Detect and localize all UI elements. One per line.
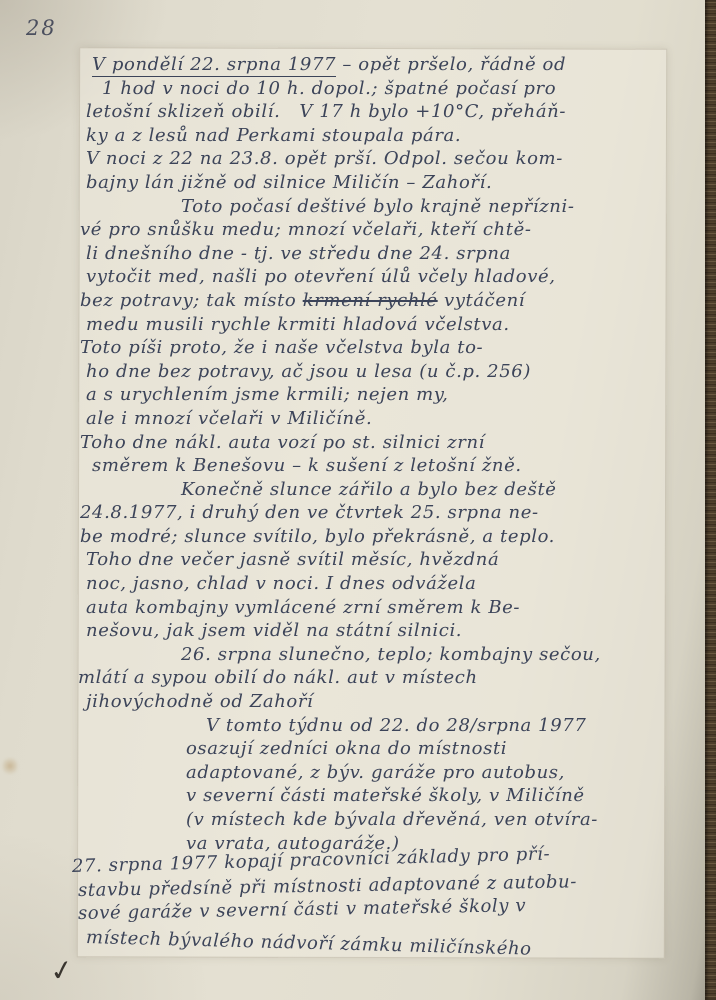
text-line: mlátí a sypou obilí do nákl. aut v míste… <box>78 666 672 690</box>
text-line: V noci z 22 na 23.8. opět prší. Odpol. s… <box>86 147 672 171</box>
handwritten-text: vytočit med, našli po otevření úlů včely… <box>86 266 556 287</box>
text-line: jihovýchodně od Zahoří <box>86 690 672 714</box>
text-line: 1 hod v noci do 10 h. dopol.; špatné poč… <box>102 77 672 101</box>
handwritten-text: mlátí a sypou obilí do nákl. aut v míste… <box>78 667 478 688</box>
text-line: letošní sklizeň obilí. V 17 h bylo +10°C… <box>86 100 672 124</box>
text-line: Toto počasí deštivé bylo krajně nepřízni… <box>181 195 672 219</box>
text-line: bajny lán jižně od silnice Miličín – Zah… <box>86 171 672 195</box>
handwritten-text: V pondělí 22. srpna 1977 <box>92 54 336 77</box>
handwritten-text: vé pro snůšku medu; mnozí včelaři, kteří… <box>80 219 532 240</box>
handwritten-text: nešovu, jak jsem viděl na státní silnici… <box>86 620 462 641</box>
text-line: vytočit med, našli po otevření úlů včely… <box>86 265 672 289</box>
text-line: adaptované, z býv. garáže pro autobus, <box>186 761 672 785</box>
handwritten-text: (v místech kde bývala dřevěná, ven otvír… <box>186 809 598 830</box>
handwritten-text: krmení rychlé <box>303 290 438 311</box>
text-line: Toho dne nákl. auta vozí po st. silnici … <box>80 431 672 455</box>
handwritten-text: vytáčení <box>438 290 526 311</box>
text-line: ky a z lesů nad Perkami stoupala pára. <box>86 124 672 148</box>
chronicle-page: 28 V pondělí 22. srpna 1977 – opět pršel… <box>0 0 708 1000</box>
handwritten-text: V noci z 22 na 23.8. opět prší. Odpol. s… <box>86 148 563 169</box>
handwritten-text: ky a z lesů nad Perkami stoupala pára. <box>86 125 461 146</box>
handwritten-text: li dnešního dne - tj. ve středu dne 24. … <box>86 243 511 264</box>
handwritten-text: 24.8.1977, i druhý den ve čtvrtek 25. sr… <box>80 502 539 523</box>
handwritten-text: v severní části mateřské školy, v Miličí… <box>186 785 585 806</box>
handwritten-text: bajny lán jižně od silnice Miličín – Zah… <box>86 172 492 193</box>
page-number: 28 <box>26 16 57 40</box>
text-line: ho dne bez potravy, ač jsou u lesa (u č.… <box>86 360 672 384</box>
handwritten-text: V tomto týdnu od 22. do 28/srpna 1977 <box>206 715 586 736</box>
handwritten-text: sové garáže v severní části v mateřské š… <box>78 896 527 925</box>
text-line: V tomto týdnu od 22. do 28/srpna 1977 <box>206 714 672 738</box>
text-line: 24.8.1977, i druhý den ve čtvrtek 25. sr… <box>80 501 672 525</box>
text-line: nešovu, jak jsem viděl na státní silnici… <box>86 619 672 643</box>
handwritten-text-block: V pondělí 22. srpna 1977 – opět pršelo, … <box>86 53 672 950</box>
paper-stain <box>2 756 18 776</box>
text-line: li dnešního dne - tj. ve středu dne 24. … <box>86 242 672 266</box>
handwritten-text: Toho dne večer jasně svítil měsíc, hvězd… <box>86 549 499 570</box>
text-line: be modré; slunce svítilo, bylo překrásně… <box>80 525 672 549</box>
handwritten-text: 26. srpna slunečno, teplo; kombajny sečo… <box>181 644 601 665</box>
text-line: místech bývalého nádvoří zámku miličínsk… <box>86 926 672 965</box>
text-line: Toho dne večer jasně svítil měsíc, hvězd… <box>86 548 672 572</box>
text-line: (v místech kde bývala dřevěná, ven otvír… <box>186 808 672 832</box>
text-line: auta kombajny vymlácené zrní směrem k Be… <box>86 596 672 620</box>
handwritten-text: adaptované, z býv. garáže pro autobus, <box>186 762 565 783</box>
handwritten-text: letošní sklizeň obilí. V 17 h bylo +10°C… <box>86 101 566 122</box>
handwritten-text: Toho dne nákl. auta vozí po st. silnici … <box>80 432 485 453</box>
text-line: a s urychlením jsme krmili; nejen my, <box>86 383 672 407</box>
text-line: osazují zedníci okna do místnosti <box>186 737 672 761</box>
text-line: směrem k Benešovu – k sušení z letošní ž… <box>92 454 672 478</box>
text-line: bez potravy; tak místo krmení rychlé vyt… <box>80 289 672 313</box>
text-line: v severní části mateřské školy, v Miličí… <box>186 784 672 808</box>
handwritten-text: jihovýchodně od Zahoří <box>86 691 313 712</box>
handwritten-text: ale i mnozí včelaři v Miličíně. <box>86 408 372 429</box>
handwritten-text: be modré; slunce svítilo, bylo překrásně… <box>80 526 555 547</box>
handwritten-text: Konečně slunce zářilo a bylo bez deště <box>181 479 557 500</box>
handwritten-text: bez potravy; tak místo <box>80 290 303 311</box>
text-line: Konečně slunce zářilo a bylo bez deště <box>181 478 672 502</box>
text-line: vé pro snůšku medu; mnozí včelaři, kteří… <box>80 218 672 242</box>
text-line: noc, jasno, chlad v noci. I dnes odvážel… <box>86 572 672 596</box>
handwritten-text: ho dne bez potravy, ač jsou u lesa (u č.… <box>86 361 531 382</box>
handwritten-text: 1 hod v noci do 10 h. dopol.; špatné poč… <box>102 78 556 99</box>
handwritten-text: – opět pršelo, řádně od <box>336 54 566 75</box>
handwritten-text: směrem k Benešovu – k sušení z letošní ž… <box>92 455 522 476</box>
handwritten-text: osazují zedníci okna do místnosti <box>186 738 507 759</box>
handwritten-text: medu musili rychle krmiti hladová včelst… <box>86 314 510 335</box>
handwritten-text: noc, jasno, chlad v noci. I dnes odvážel… <box>86 573 476 594</box>
handwritten-text: Toto píši proto, že i naše včelstva byla… <box>80 337 483 358</box>
checkmark-mark: ✓ <box>47 952 76 989</box>
text-line: medu musili rychle krmiti hladová včelst… <box>86 313 672 337</box>
text-line: V pondělí 22. srpna 1977 – opět pršelo, … <box>92 53 672 77</box>
book-page-edges <box>705 0 716 1000</box>
text-line: ale i mnozí včelaři v Miličíně. <box>86 407 672 431</box>
handwritten-text: auta kombajny vymlácené zrní směrem k Be… <box>86 597 520 618</box>
handwritten-text: Toto počasí deštivé bylo krajně nepřízni… <box>181 196 575 217</box>
text-line: 26. srpna slunečno, teplo; kombajny sečo… <box>181 643 672 667</box>
handwritten-text: a s urychlením jsme krmili; nejen my, <box>86 384 448 405</box>
text-line: Toto píši proto, že i naše včelstva byla… <box>80 336 672 360</box>
